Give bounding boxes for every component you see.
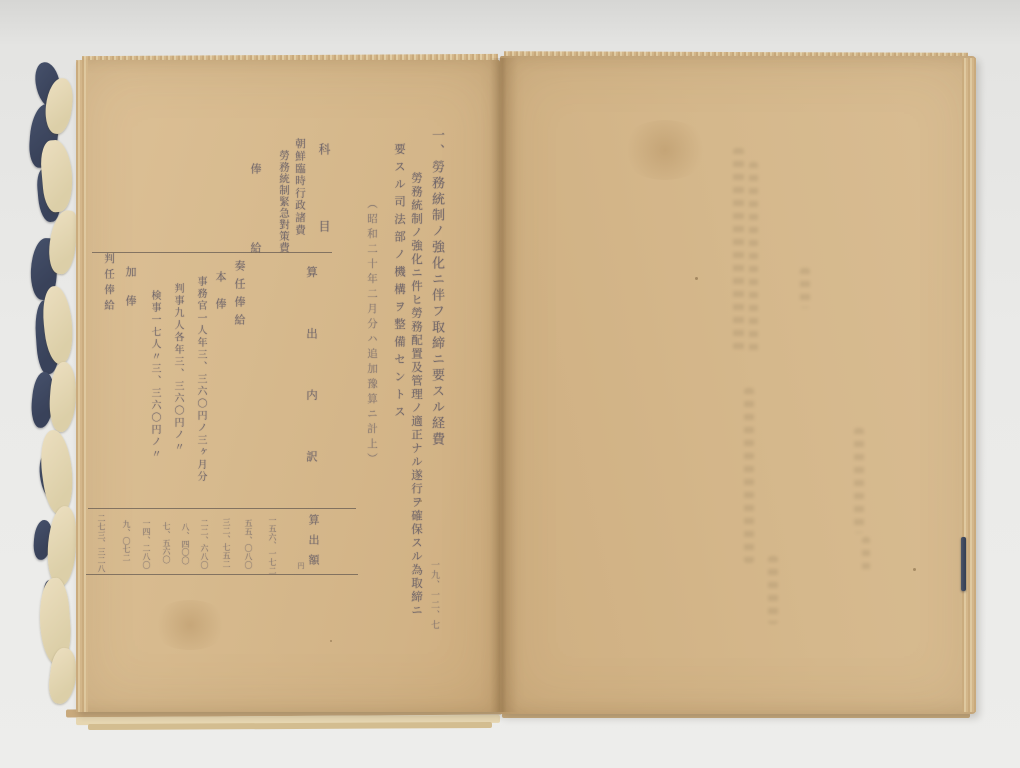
paper-speck — [913, 568, 916, 571]
left-page-inner-edge — [76, 60, 88, 712]
amount-value: 七、五六〇 — [161, 522, 172, 564]
category-value-3: 俸給 — [247, 163, 263, 321]
binding-clip — [961, 537, 966, 591]
table-rule-top — [92, 252, 332, 253]
heading-note-line: （昭和二十年二月分ハ追加豫算ニ計上） — [365, 198, 380, 468]
heading-item-line: 一、勞務統制ノ強化ニ伴フ取締ニ要スル経費 — [427, 128, 446, 448]
amounts-rule-bottom — [86, 574, 358, 575]
paper-stain — [620, 120, 710, 180]
torn-paper-fragment — [45, 505, 80, 587]
torn-paper-fragment — [36, 428, 77, 515]
heading-body-line2: 要スル司法部ノ機構ヲ整備セントス — [392, 143, 408, 423]
category-value-1: 朝鮮臨時行政諸費 — [293, 138, 308, 236]
heading-body-line1: 勞務統制ノ強化ニ件ヒ勞務配置及管理ノ適正ナル遂行ヲ確保スル為取締ニ — [409, 172, 425, 618]
bleed-through-text — [733, 148, 744, 353]
bleed-through-text — [854, 428, 864, 533]
heading-date-note: 一九、一二、七 — [428, 560, 441, 630]
amounts-rule-top — [88, 508, 356, 509]
bleed-through-text — [749, 162, 758, 357]
amount-label: 算出額 — [305, 514, 321, 574]
amount-value: 二二、六八〇 — [199, 519, 210, 569]
bleed-through-text — [744, 388, 754, 563]
amount-value: 三二、七五二 — [221, 518, 232, 568]
paper-stain — [150, 600, 230, 650]
category-value-2: 勞務統制緊急對策費 — [277, 150, 292, 254]
amount-value: 九、〇七二 — [121, 520, 132, 562]
table-item: 奏任俸給 — [231, 260, 247, 332]
breakdown-label: 算出内訳 — [304, 266, 320, 512]
amount-value: 一四、二八〇 — [141, 519, 152, 569]
table-item: 加俸 — [122, 266, 138, 324]
table-item: 判任俸給 — [102, 253, 117, 315]
book-gutter-shadow — [490, 58, 518, 712]
table-item: 本俸 — [212, 271, 228, 325]
paper-speck — [695, 277, 698, 280]
table-item: 検事一七人〃三、三六〇円ノ〃 — [147, 290, 162, 461]
table-item: 判事九人各年三、三六〇円ノ〃 — [170, 283, 185, 454]
paper-speck — [330, 640, 332, 642]
amount-unit: 円 — [296, 562, 306, 569]
bleed-through-text — [800, 268, 810, 308]
table-item: 事務官一人年三、三六〇円ノ三ヶ月分 — [193, 276, 208, 483]
page-stack-bottom-edge — [88, 722, 492, 730]
amount-value: 一五六、一七二 — [267, 516, 278, 575]
bleed-through-text — [862, 537, 870, 572]
photo-of-open-booklet: 一、勞務統制ノ強化ニ伴フ取締ニ要スル経費 勞務統制ノ強化ニ件ヒ勞務配置及管理ノ適… — [0, 0, 1020, 768]
right-page-outer-edge — [962, 58, 976, 712]
amount-value: 八、四〇〇 — [180, 523, 191, 565]
amount-value: 五五、〇八〇 — [243, 519, 254, 569]
bleed-through-text — [768, 556, 778, 624]
amount-value: 二七三、三二八 — [96, 514, 107, 573]
